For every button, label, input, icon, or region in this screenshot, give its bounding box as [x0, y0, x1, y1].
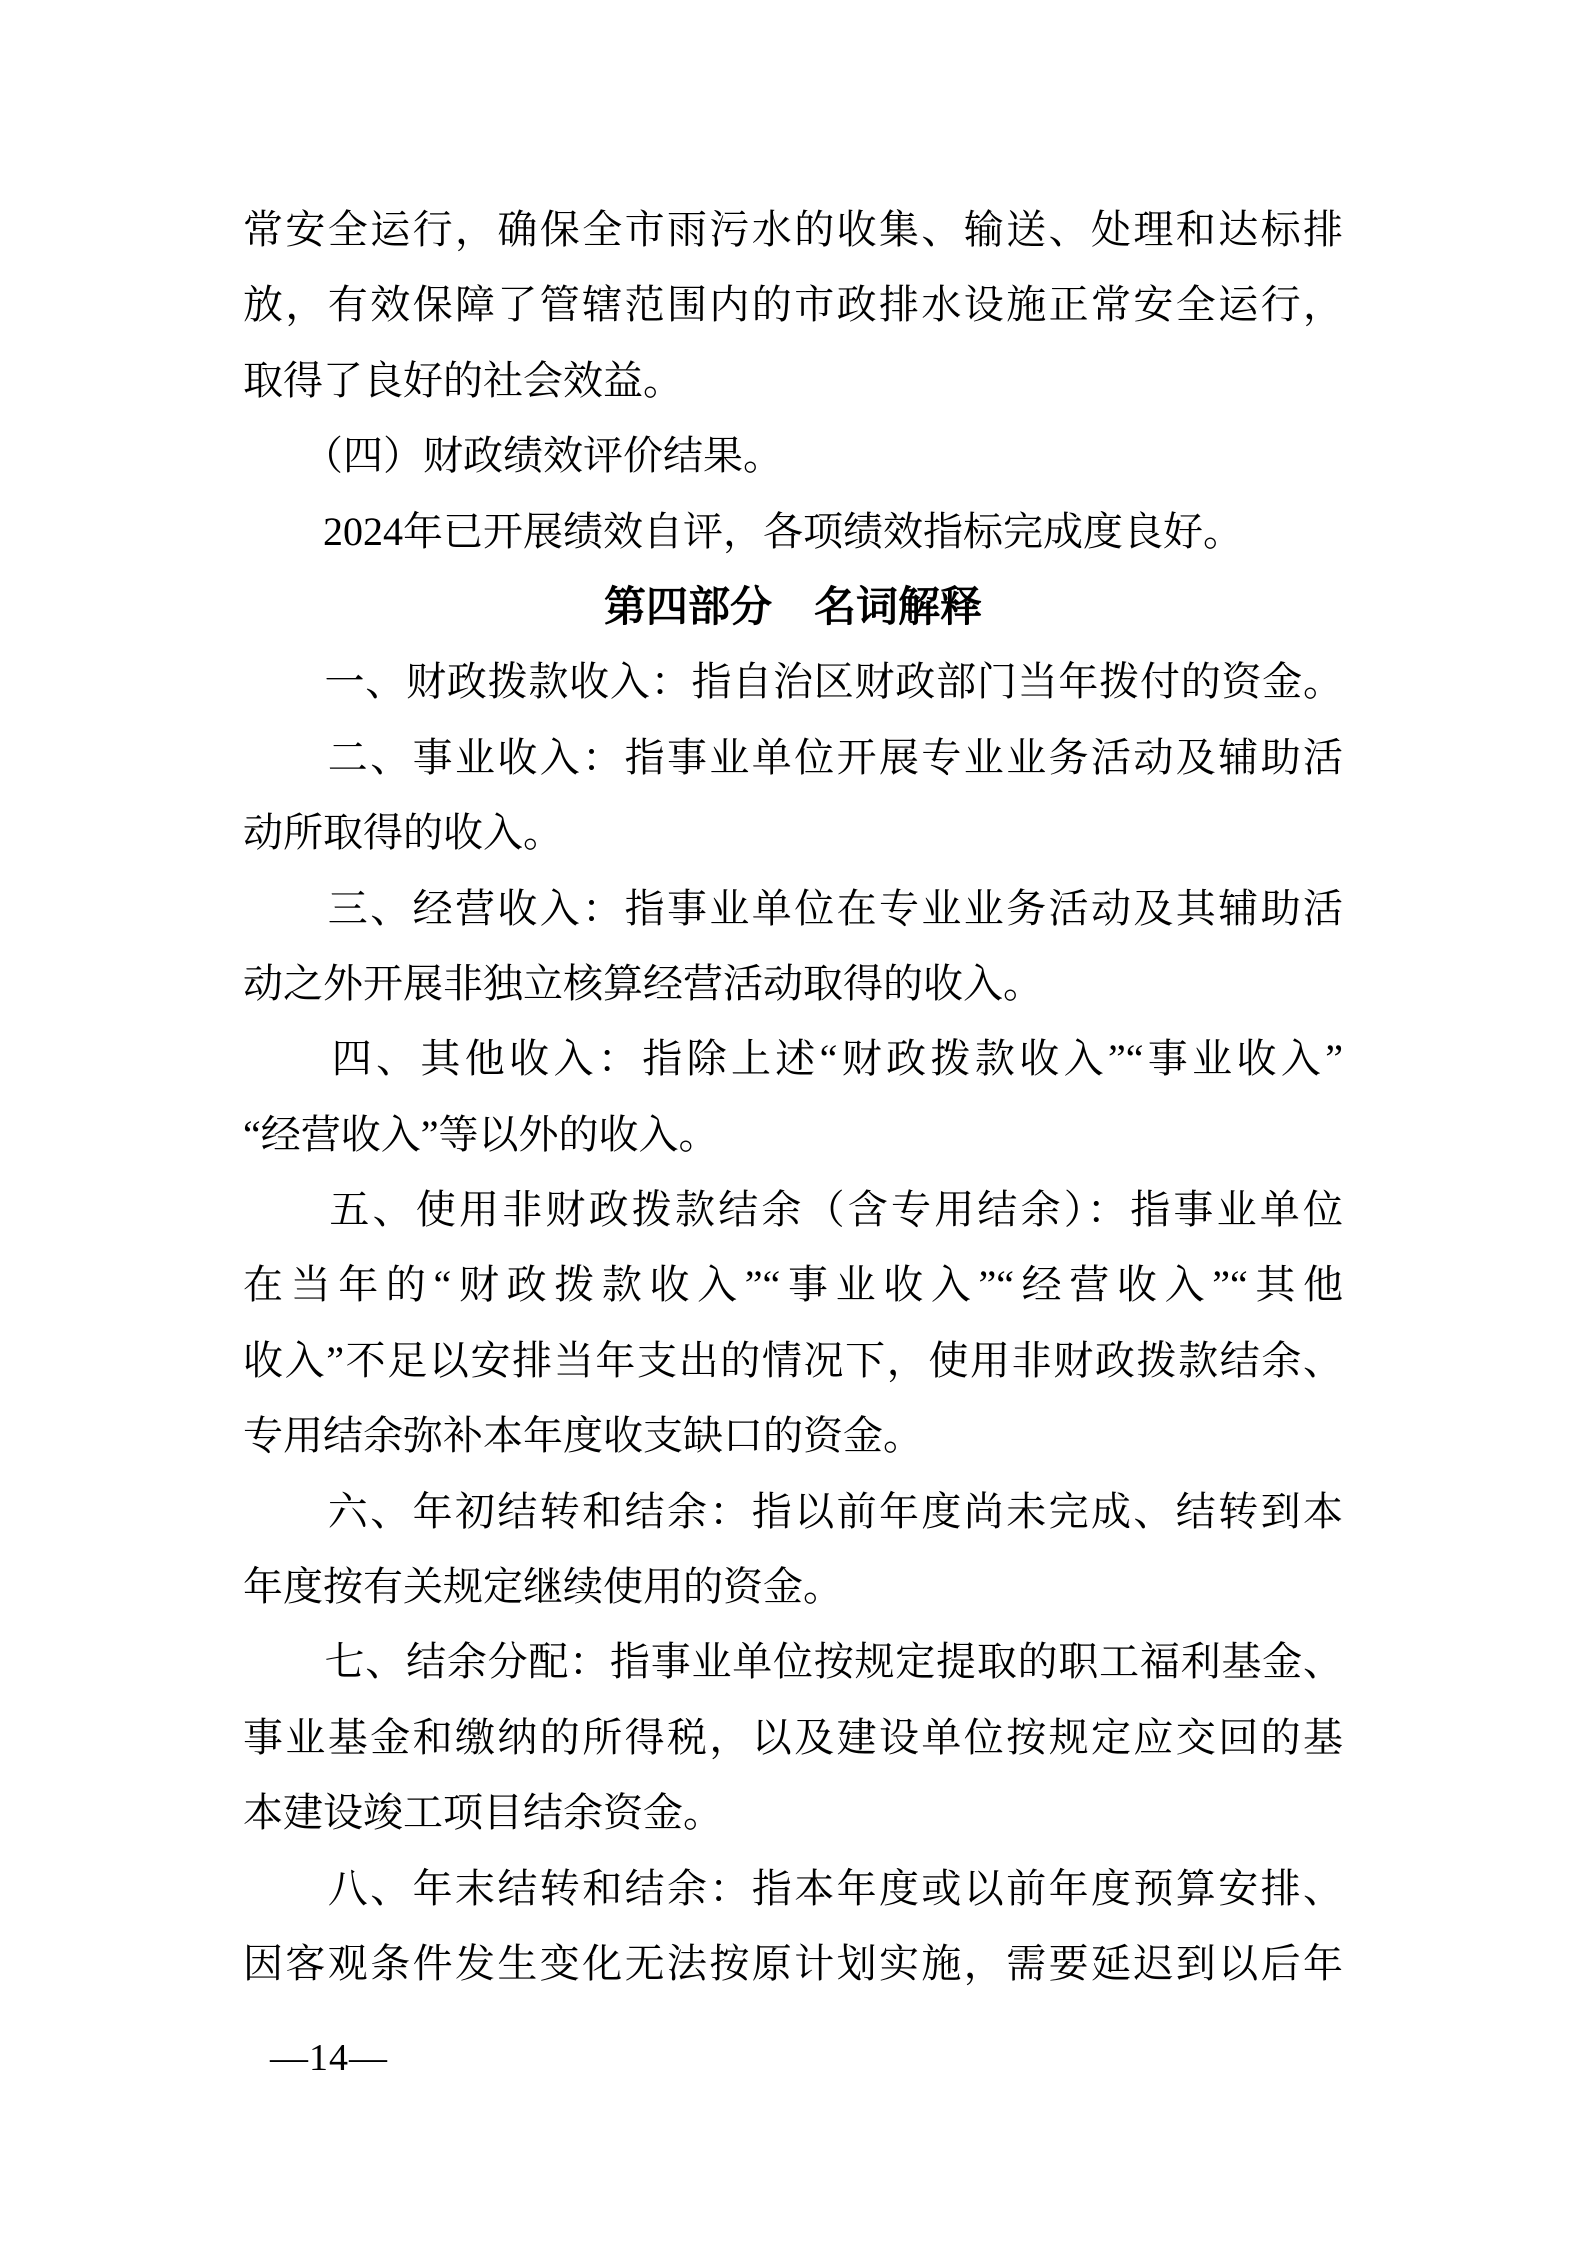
document-line: 常安全运行，确保全市雨污水的收集、输送、处理和达标排	[243, 192, 1343, 267]
document-line: 三、经营收入：指事业单位在专业业务活动及其辅助活	[243, 871, 1343, 946]
document-line: 年度按有关规定继续使用的资金。	[243, 1549, 1343, 1624]
document-line: 五、使用非财政拨款结余（含专用结余）：指事业单位	[243, 1172, 1343, 1247]
document-page: 常安全运行，确保全市雨污水的收集、输送、处理和达标排 放，有效保障了管辖范围内的…	[0, 0, 1587, 2245]
document-line: 收入”不足以安排当年支出的情况下，使用非财政拨款结余、	[243, 1323, 1343, 1398]
document-line: “经营收入”等以外的收入。	[243, 1097, 1343, 1172]
document-line: 动所取得的收入。	[243, 795, 1343, 870]
document-line: 本建设竣工项目结余资金。	[243, 1775, 1343, 1850]
document-line: 2024年已开展绩效自评，各项绩效指标完成度良好。	[243, 494, 1343, 569]
document-line: 专用结余弥补本年度收支缺口的资金。	[243, 1398, 1343, 1473]
document-line: 在当年的“财政拨款收入”“事业收入”“经营收入”“其他	[243, 1247, 1343, 1322]
document-line: 放，有效保障了管辖范围内的市政排水设施正常安全运行，	[243, 267, 1343, 342]
document-line: 二、事业收入：指事业单位开展专业业务活动及辅助活	[243, 720, 1343, 795]
document-line: 七、结余分配：指事业单位按规定提取的职工福利基金、	[243, 1624, 1343, 1699]
document-line: 六、年初结转和结余：指以前年度尚未完成、结转到本	[243, 1474, 1343, 1549]
page-number: —14—	[270, 2036, 388, 2080]
document-line: 动之外开展非独立核算经营活动取得的收入。	[243, 946, 1343, 1021]
document-line: 一、财政拨款收入：指自治区财政部门当年拨付的资金。	[243, 644, 1343, 719]
text-block: 常安全运行，确保全市雨污水的收集、输送、处理和达标排 放，有效保障了管辖范围内的…	[243, 192, 1343, 2001]
document-line: 事业基金和缴纳的所得税，以及建设单位按规定应交回的基	[243, 1700, 1343, 1775]
document-line: 因客观条件发生变化无法按原计划实施，需要延迟到以后年	[243, 1926, 1343, 2001]
section-heading: 第四部分 名词解释	[243, 569, 1343, 644]
document-line: 取得了良好的社会效益。	[243, 343, 1343, 418]
document-line: 四、其他收入：指除上述“财政拨款收入”“事业收入”	[243, 1021, 1343, 1096]
document-line: 八、年末结转和结余：指本年度或以前年度预算安排、	[243, 1851, 1343, 1926]
document-line: （四）财政绩效评价结果。	[243, 418, 1343, 493]
